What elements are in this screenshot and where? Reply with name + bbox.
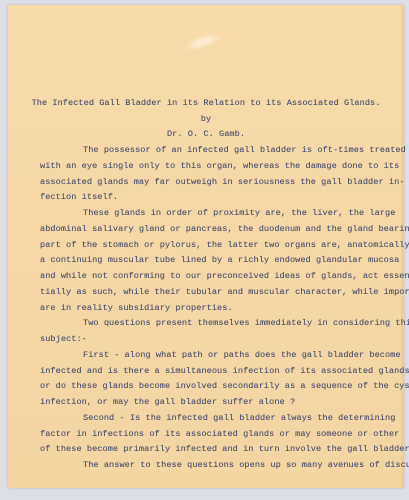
body-text-line: and while not conforming to our preconce… [40,271,409,281]
body-text-line: Two questions present themselves immedia… [83,318,409,328]
body-text-line: First - along what path or paths does th… [83,350,401,360]
body-text-line: infection, or may the gall bladder suffe… [40,397,295,407]
body-text-line: The possessor of an infected gall bladde… [83,145,406,155]
body-text-line: or do these glands become involved secon… [40,381,409,391]
body-text-line: associated glands may far outweigh in se… [40,177,405,187]
body-text-line: fection itself. [40,192,118,202]
body-text-line: These glands in order of proximity are, … [83,208,395,218]
paper-crease [182,29,224,55]
body-text-line: part of the stomach or pylorus, the latt… [40,240,409,250]
byline-by: by [8,114,404,124]
body-text-line: with an eye single only to this organ, w… [40,161,399,171]
body-text-line: The answer to these questions opens up s… [83,460,409,470]
author-name: Dr. O. C. Gamb. [8,129,404,139]
document-page: The Infected Gall Bladder in its Relatio… [8,5,404,488]
body-text-line: a continuing muscular tube lined by a ri… [40,255,399,265]
body-text-line: of these become primarily infected and i… [40,444,409,454]
document-title: The Infected Gall Bladder in its Relatio… [8,98,404,108]
body-text-line: tially as such, while their tubular and … [40,287,409,297]
body-text-line: infected and is there a simultaneous inf… [40,366,409,376]
body-text-line: abdominal salivary gland or pancreas, th… [40,224,409,234]
body-text-line: Second - Is the infected gall bladder al… [83,413,395,423]
body-text-line: subject:- [40,334,87,344]
body-text-line: are in reality subsidiary properties. [40,303,233,313]
body-text-line: factor in infections of its associated g… [40,429,399,439]
